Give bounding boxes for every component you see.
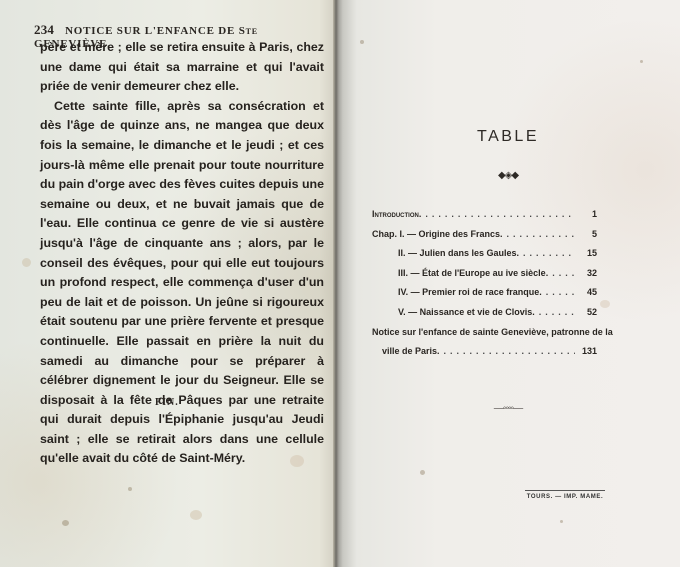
foxing-speck (290, 455, 304, 467)
toc-page: 32 (579, 268, 597, 278)
toc-label: Chap. I. — Origine des Francs. (372, 229, 503, 239)
book-gutter (333, 0, 339, 567)
body-text: père et mère ; elle se retira ensuite à … (40, 38, 324, 469)
leader-dots: ................................. (507, 229, 575, 239)
foxing-speck (640, 60, 643, 63)
toc-entry: III. — État de l'Europe au ive siècle. .… (372, 268, 597, 288)
foxing-speck (600, 300, 610, 308)
end-mark: FIN. (155, 397, 179, 408)
toc-page: 1 (579, 209, 597, 219)
foxing-speck (62, 520, 69, 526)
toc-label: III. — État de l'Europe au ive siècle. (398, 268, 548, 278)
left-page: 234 NOTICE SUR L'ENFANCE DE Ste GENEVIÈV… (0, 0, 336, 567)
toc-entry: IV. — Premier roi de race franque. .....… (372, 287, 597, 307)
foxing-speck (128, 487, 132, 491)
toc-label: Introduction. (372, 209, 421, 219)
leader-dots: ................................. (523, 248, 575, 258)
toc-page: 15 (579, 248, 597, 258)
leader-dots: ................................. (546, 287, 575, 297)
ornament-icon: ◆◈◆ (336, 170, 680, 181)
foxing-speck (360, 40, 364, 44)
foxing-speck (560, 520, 563, 523)
foxing-speck (22, 258, 31, 267)
paragraph: père et mère ; elle se retira ensuite à … (40, 38, 324, 97)
ornament-icon: —◦◦◦◦— (336, 403, 680, 414)
leader-dots: ................................. (539, 307, 575, 317)
toc-entry: Notice sur l'enfance de sainte Geneviève… (372, 327, 597, 347)
leader-dots: ................................. (444, 346, 575, 356)
toc-label: IV. — Premier roi de race franque. (398, 287, 542, 297)
toc-label: II. — Julien dans les Gaules. (398, 248, 519, 258)
foxing-speck (190, 510, 202, 520)
toc-entry: Introduction. ..........................… (372, 209, 597, 229)
toc-page: 45 (579, 287, 597, 297)
toc-label: Notice sur l'enfance de sainte Geneviève… (372, 327, 613, 337)
table-of-contents: Introduction. ..........................… (372, 209, 597, 366)
toc-page: 5 (579, 229, 597, 239)
toc-entry: II. — Julien dans les Gaules. ..........… (372, 248, 597, 268)
toc-title: TABLE (336, 128, 680, 146)
toc-page: 131 (579, 346, 597, 356)
toc-entry: ville de Paris. ........................… (372, 346, 597, 366)
toc-entry: V. — Naissance et vie de Clovis. .......… (372, 307, 597, 327)
leader-dots: ................................. (425, 209, 575, 219)
toc-page: 52 (579, 307, 597, 317)
paragraph: Cette sainte fille, après sa consécratio… (40, 97, 324, 469)
printer-imprint: TOURS. — IMP. MAME. (525, 494, 605, 500)
toc-label: ville de Paris. (382, 346, 440, 356)
toc-label: V. — Naissance et vie de Clovis. (398, 307, 535, 317)
foxing-speck (420, 470, 425, 475)
leader-dots: ................................. (552, 268, 575, 278)
page-number: 234 (34, 22, 54, 37)
printer-rule (525, 490, 605, 491)
toc-entry: Chap. I. — Origine des Francs. .........… (372, 229, 597, 249)
